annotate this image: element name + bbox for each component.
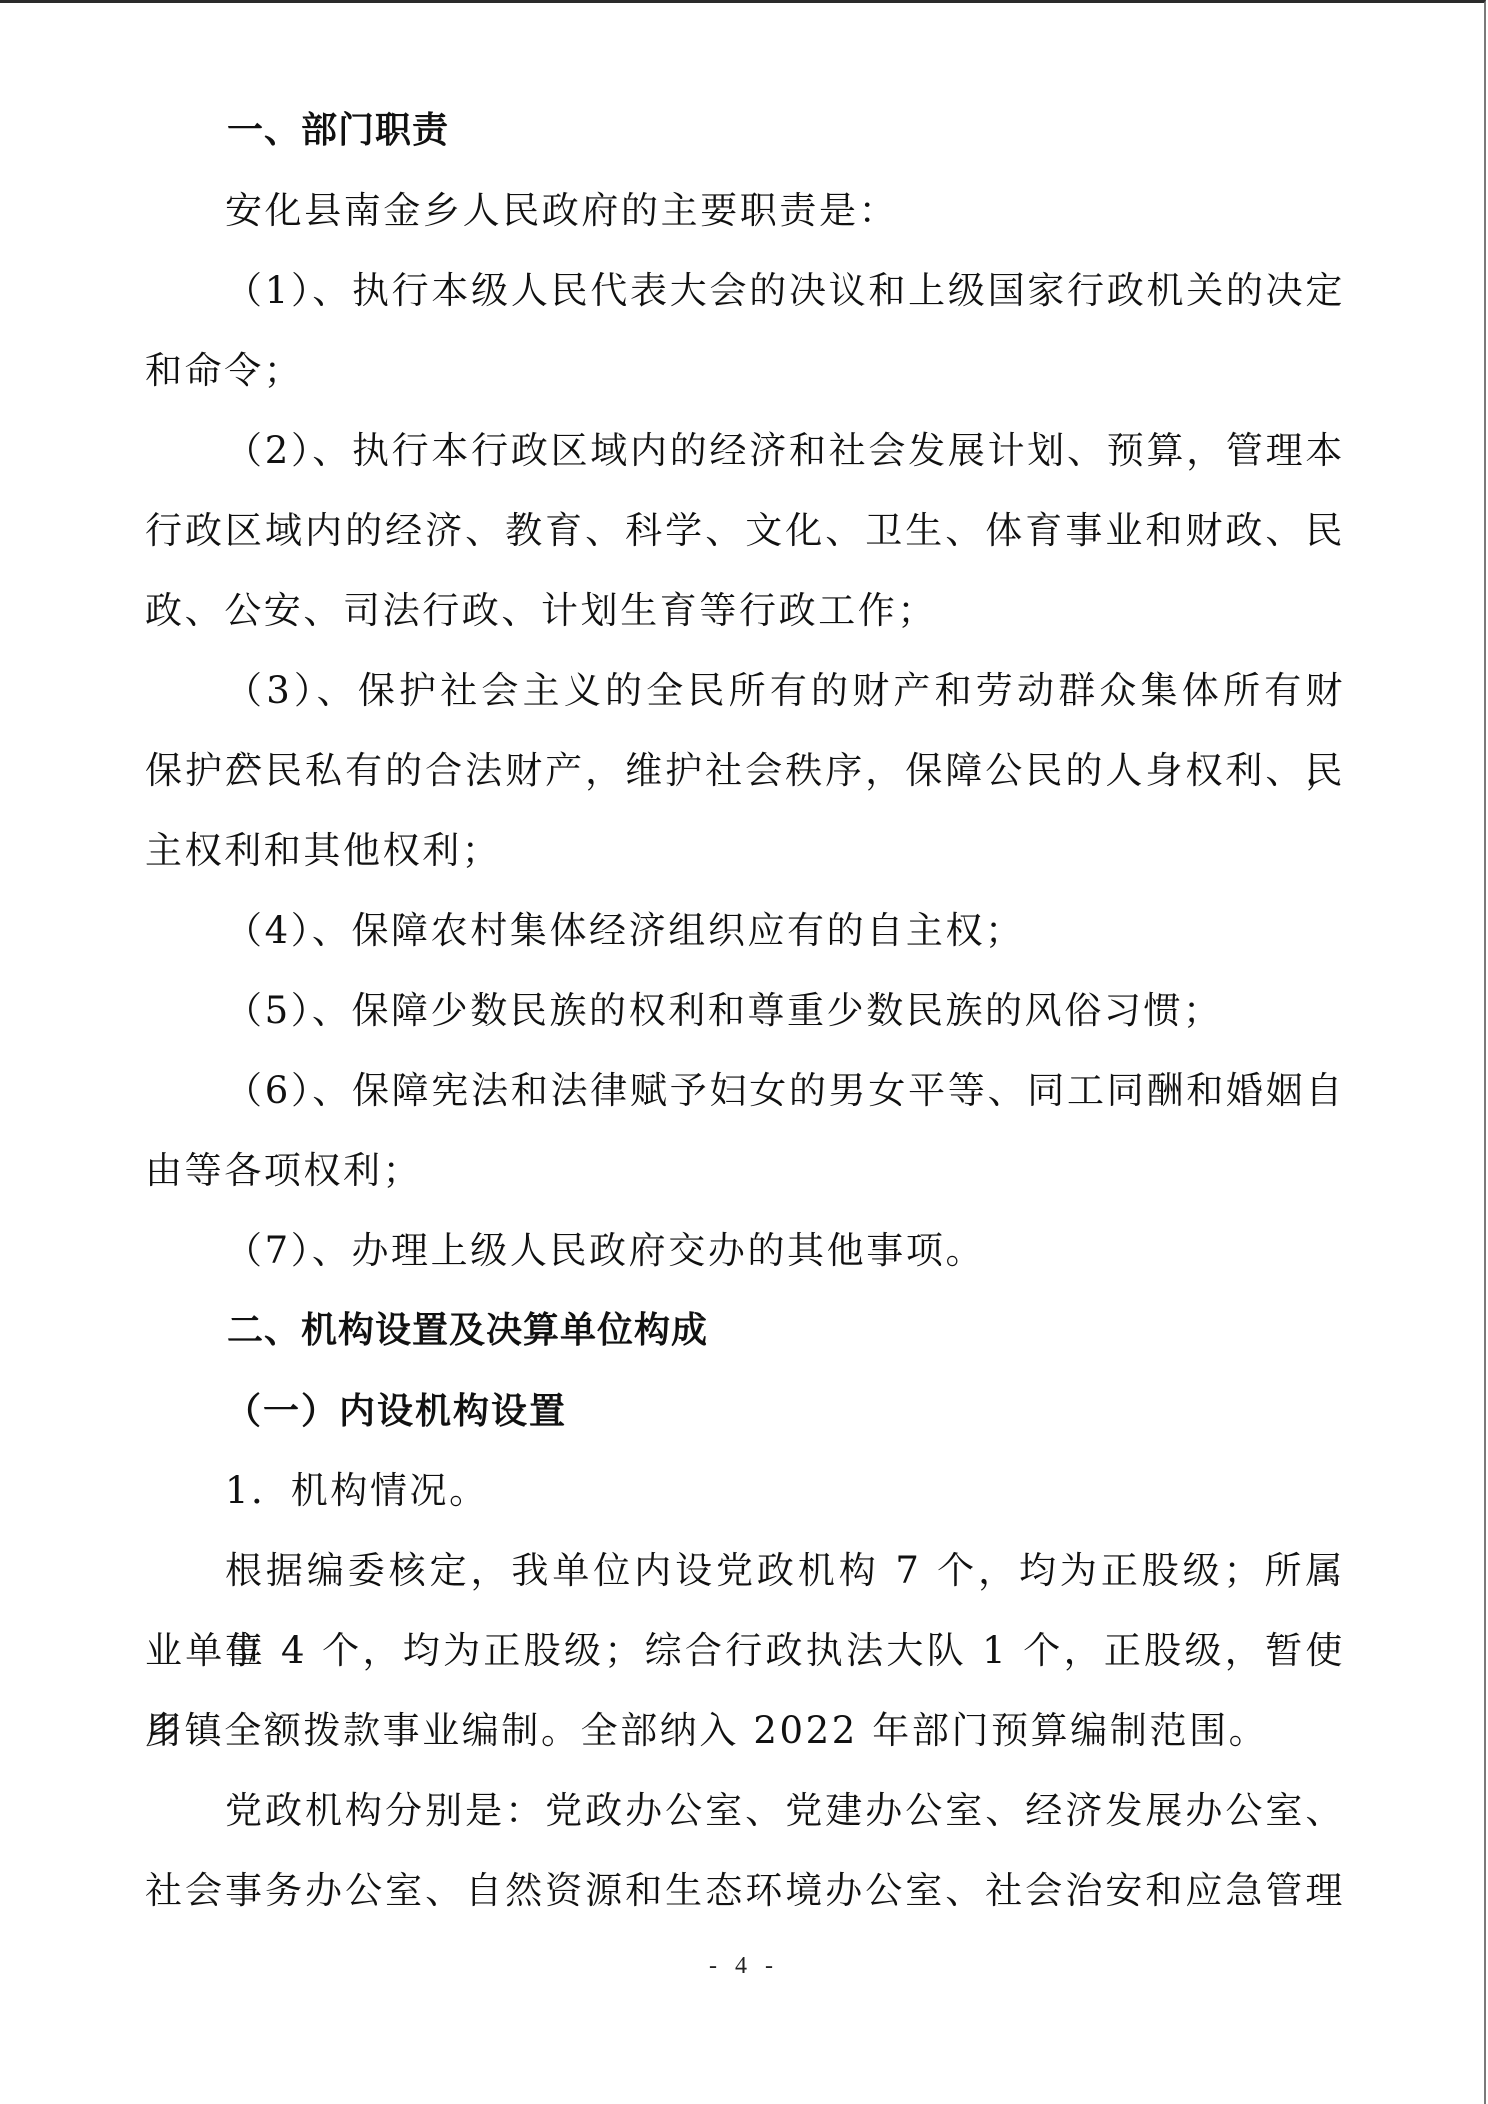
paragraph-line: 主权利和其他权利；	[145, 811, 1345, 891]
paragraph-line: （5）、保障少数民族的权利和尊重少数民族的风俗习惯；	[145, 971, 1345, 1051]
paragraph-line: （3）、保护社会主义的全民所有的财产和劳动群众集体所有财产，	[145, 651, 1345, 731]
paragraph-line: 保护公民私有的合法财产，维护社会秩序，保障公民的人身权利、民	[145, 731, 1345, 811]
paragraph-line: （7）、办理上级人民政府交办的其他事项。	[145, 1211, 1345, 1291]
paragraph-line: （4）、保障农村集体经济组织应有的自主权；	[145, 891, 1345, 971]
paragraph-line: 和命令；	[145, 331, 1345, 411]
paragraph-line: 由等各项权利；	[145, 1131, 1345, 1211]
paragraph-line: 业单位 4 个，均为正股级；综合行政执法大队 1 个，正股级，暂使用	[145, 1611, 1345, 1691]
paragraph-line: （6）、保障宪法和法律赋予妇女的男女平等、同工同酬和婚姻自	[145, 1051, 1345, 1131]
subsection-heading-internal-structure: （一）内设机构设置	[145, 1371, 1345, 1451]
paragraph-line: 1．机构情况。	[145, 1451, 1345, 1531]
paragraph-line: 行政区域内的经济、教育、科学、文化、卫生、体育事业和财政、民	[145, 491, 1345, 571]
section-heading-organization: 二、机构设置及决算单位构成	[145, 1291, 1345, 1371]
paragraph-line: （2）、执行本行政区域内的经济和社会发展计划、预算，管理本	[145, 411, 1345, 491]
paragraph-line: 党政机构分别是：党政办公室、党建办公室、经济发展办公室、	[145, 1771, 1345, 1851]
page-number: - 4 -	[0, 1953, 1488, 1980]
paragraph-line: 根据编委核定，我单位内设党政机构 7 个，均为正股级；所属事	[145, 1531, 1345, 1611]
document-body: 一、部门职责 安化县南金乡人民政府的主要职责是： （1）、执行本级人民代表大会的…	[145, 91, 1345, 1931]
paragraph-line: 政、公安、司法行政、计划生育等行政工作；	[145, 571, 1345, 651]
section-heading-department-duties: 一、部门职责	[145, 91, 1345, 171]
paragraph-line: 乡镇全额拨款事业编制。全部纳入 2022 年部门预算编制范围。	[145, 1691, 1345, 1771]
document-page: 一、部门职责 安化县南金乡人民政府的主要职责是： （1）、执行本级人民代表大会的…	[0, 0, 1486, 2104]
paragraph-line: 安化县南金乡人民政府的主要职责是：	[145, 171, 1345, 251]
paragraph-line: 社会事务办公室、自然资源和生态环境办公室、社会治安和应急管理	[145, 1851, 1345, 1931]
paragraph-line: （1）、执行本级人民代表大会的决议和上级国家行政机关的决定	[145, 251, 1345, 331]
